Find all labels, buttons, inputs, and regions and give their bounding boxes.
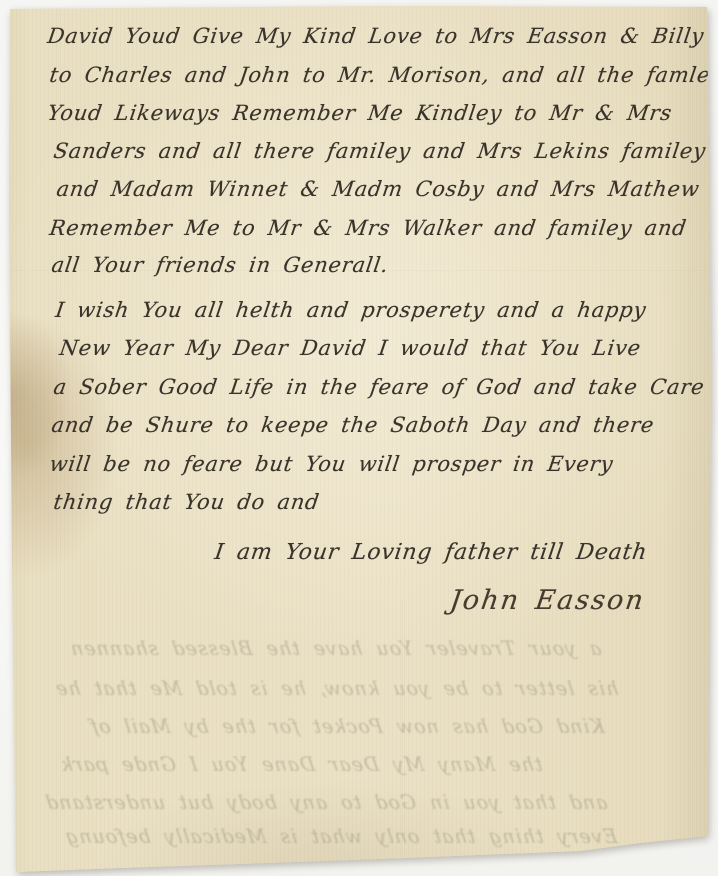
bleedthrough-line: the Many My Dear Dane You I Gnde park	[58, 754, 543, 776]
letter-line: New Year My Dear David I would that You …	[58, 336, 643, 360]
letter-line: will be no feare but You will prosper in…	[48, 452, 615, 476]
paper-texture	[0, 0, 718, 876]
letter-closing: I am Your Loving father till Death	[213, 540, 649, 565]
letter-line: to Charles and John to Mr. Morison, and …	[48, 63, 718, 87]
letter-paper: David Youd Give My Kind Love to Mrs Eass…	[0, 0, 718, 876]
letter-signature: John Easson	[448, 585, 647, 616]
scanned-letter-page: { "document": { "kind": "handwritten-let…	[0, 0, 718, 876]
bleedthrough-line: Kind God has now Pocket for the by Mail …	[88, 716, 606, 738]
bleedthrough-line: Every thing that only what is Medically …	[63, 826, 618, 848]
bleedthrough-line: a your Traveler You have the Blessed sha…	[68, 638, 602, 660]
fold-crease-vertical-right	[690, 7, 693, 842]
bleedthrough-line: his letter to be you know, he is told Me…	[53, 678, 619, 700]
paper-sheet-wrapper: David Youd Give My Kind Love to Mrs Eass…	[0, 0, 718, 876]
letter-line: Remember Me to Mr & Mrs Walker and famil…	[48, 216, 688, 240]
letter-line: and be Shure to keepe the Saboth Day and…	[50, 413, 656, 437]
letter-line: I wish You all helth and prosperety and …	[54, 298, 648, 322]
letter-line: a Sober Good Life in the feare of God an…	[52, 375, 706, 399]
letter-line: Youd Likeways Remember Me Kindley to Mr …	[46, 101, 674, 125]
bleedthrough-line: and that you in God to any body but unde…	[43, 792, 608, 814]
letter-line: thing that You do and	[52, 490, 321, 514]
letter-line: David Youd Give My Kind Love to Mrs Eass…	[46, 24, 706, 48]
letter-line: Sanders and all there familey and Mrs Le…	[52, 139, 708, 163]
letter-line: and Madam Winnet & Madm Cosby and Mrs Ma…	[55, 177, 701, 201]
letter-line: all Your friends in Generall.	[50, 253, 390, 277]
